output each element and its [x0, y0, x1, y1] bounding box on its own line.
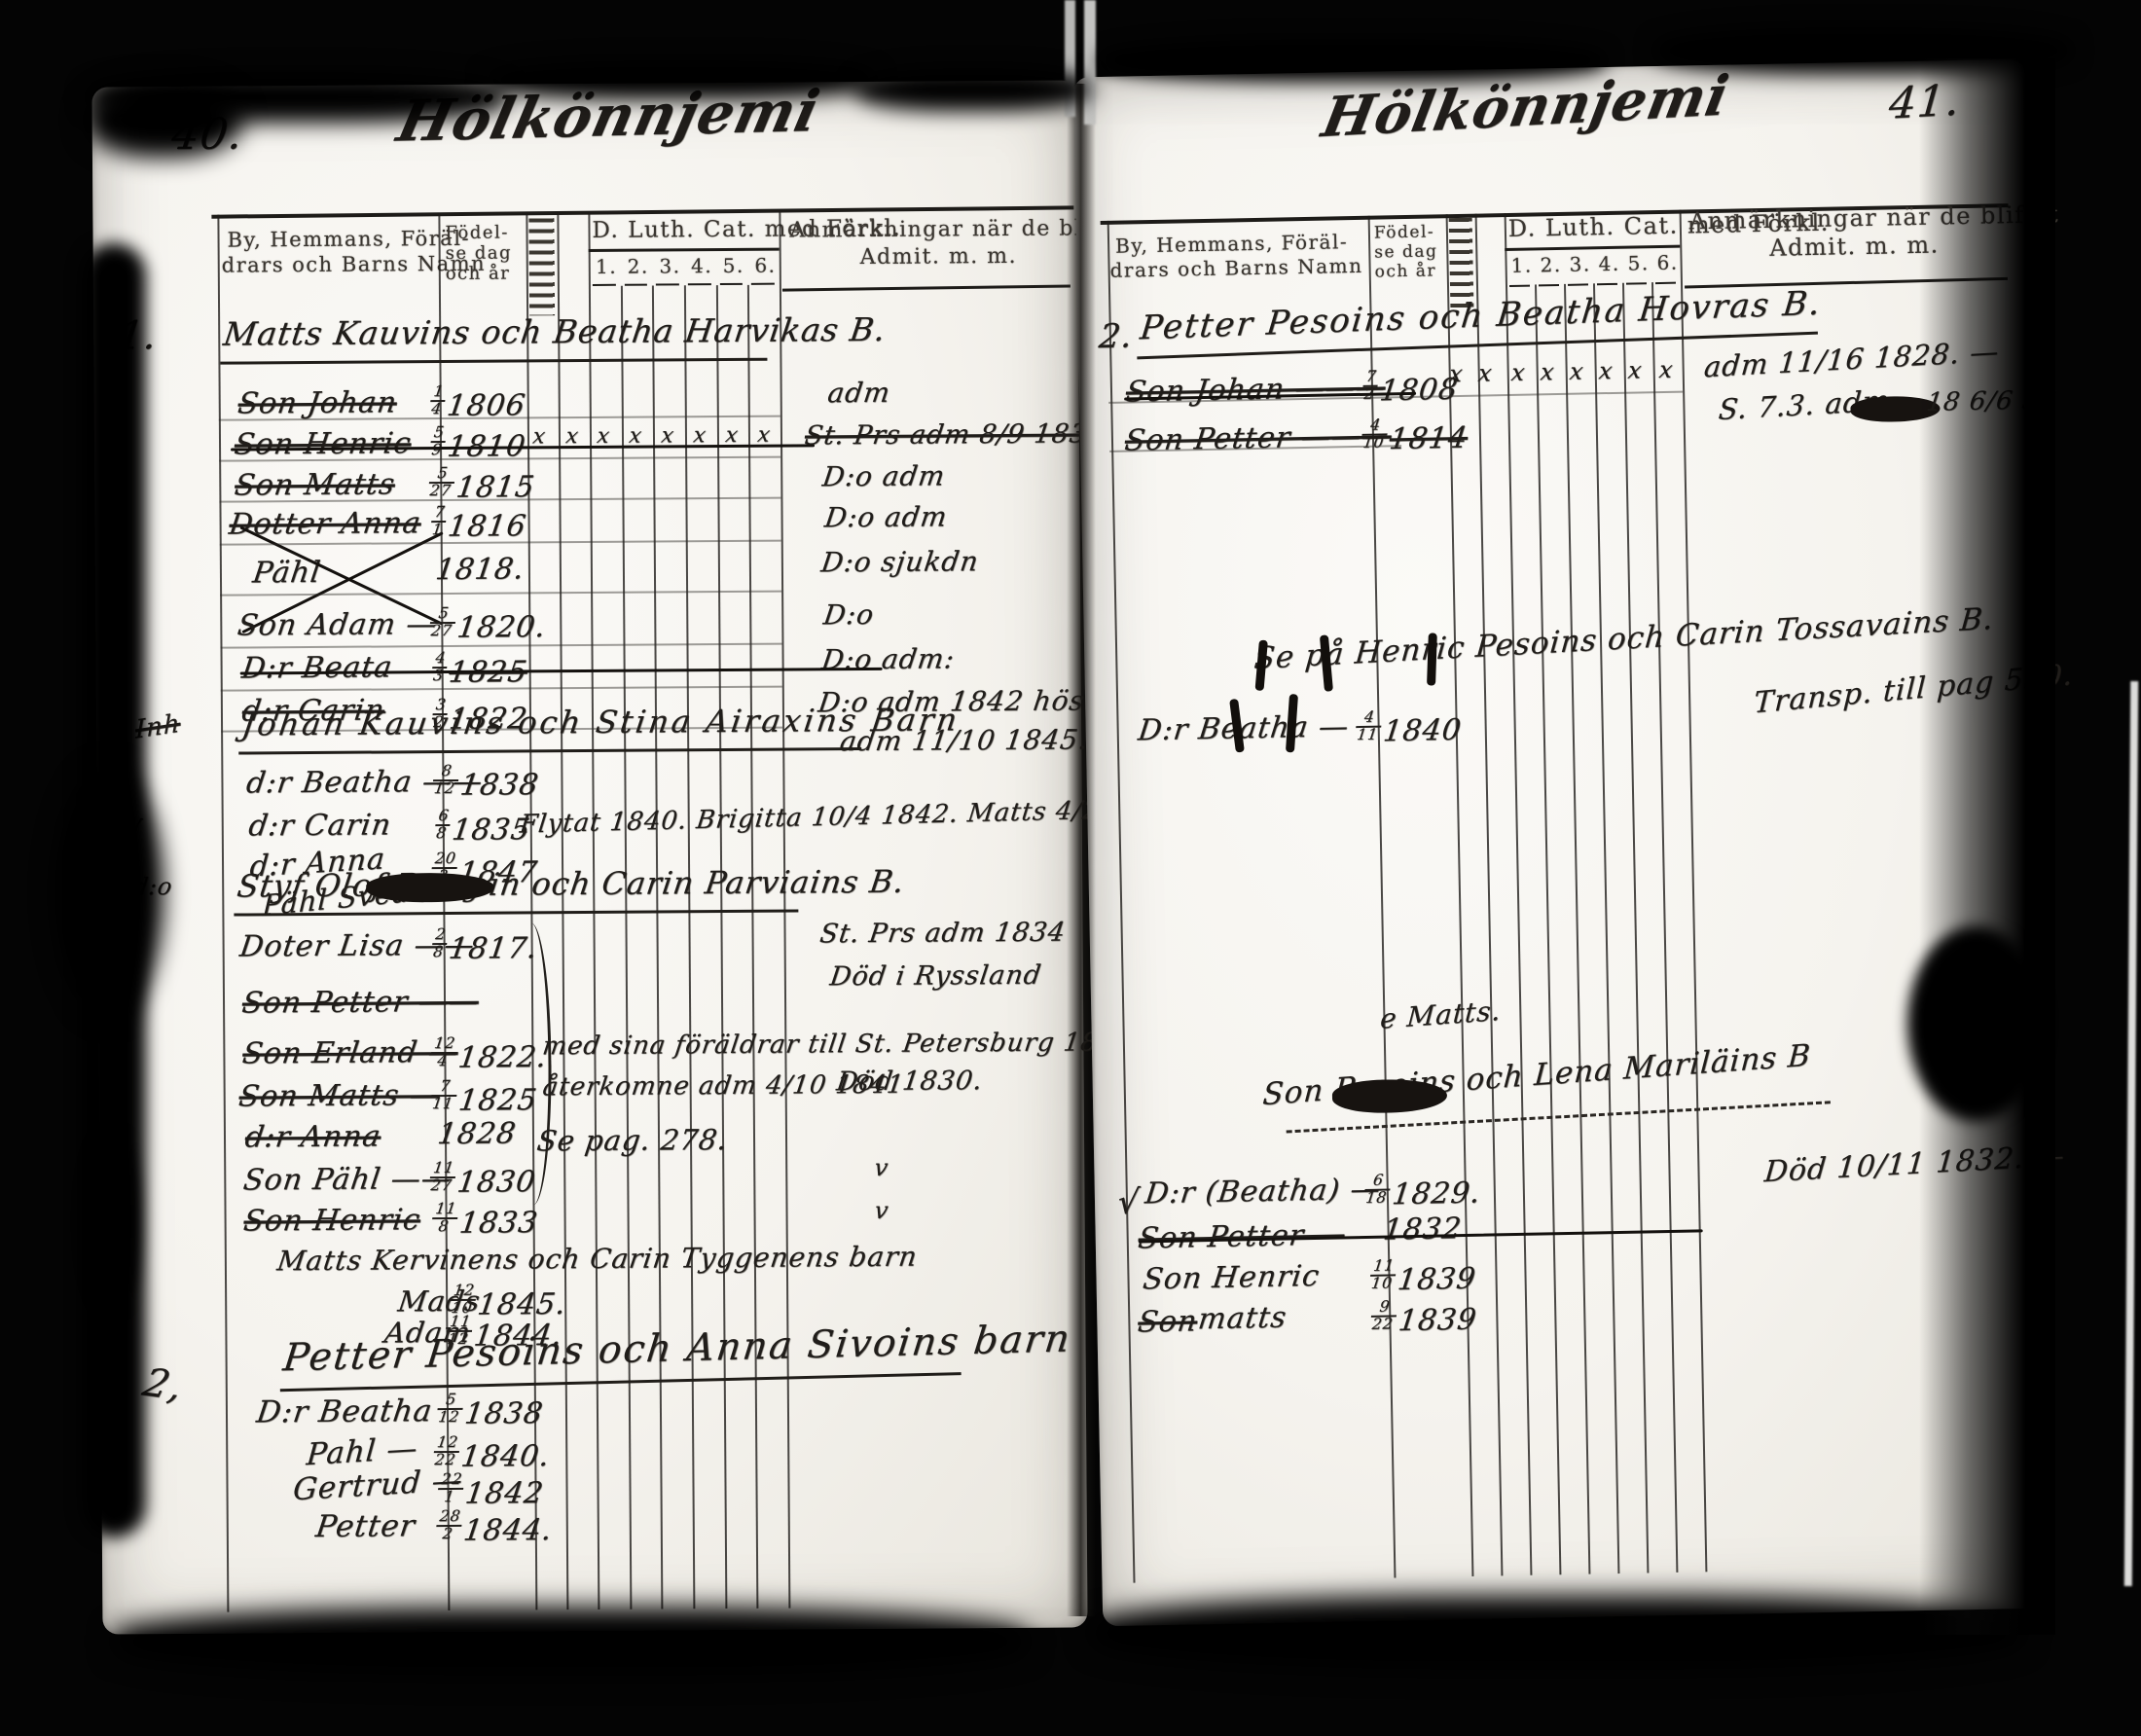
remark-note: adm [826, 380, 892, 407]
birth-date: 711816 [428, 504, 528, 541]
birth-date: 9221839 [1368, 1298, 1479, 1337]
person-name: Son Henric [241, 1206, 421, 1236]
catechism-col-number: 2. [628, 257, 649, 276]
grid-line [684, 285, 695, 1609]
column-header-birth: Födel- [445, 225, 508, 242]
birth-date: 4101814 [1360, 416, 1470, 455]
column-header-birth: se dag [446, 245, 513, 263]
person-name: d:r Anna [243, 1122, 382, 1152]
birth-date: 5271815 [426, 465, 537, 503]
date-fraction: 1110 [1368, 1258, 1397, 1291]
remark-note: St. Prs adm 8/9 1834 [803, 420, 1107, 449]
person-name: Petter [314, 1511, 417, 1542]
remark-note: St. Prs adm 1834 [818, 920, 1068, 948]
person-name: Son Pähl —— [241, 1165, 454, 1196]
scan-edge-blob [1907, 926, 2044, 1121]
catechism-col-number: 5. [1627, 253, 1649, 272]
birth-date: 1832 [1382, 1214, 1464, 1246]
remark-note: e Matts. [1379, 997, 1502, 1033]
x-mark: x [1658, 358, 1675, 381]
v-mark: v [873, 1156, 890, 1179]
scan-edge-blob [1100, 39, 1606, 82]
date-fraction: 527 [428, 606, 457, 639]
date-fraction: 118 [430, 1202, 459, 1235]
catechism-col-number: 1. [1510, 256, 1532, 275]
birth-date: 5271820. [427, 605, 549, 643]
scan-stage: 40. Hölkönnjemi By, Hemmans, Föräl-drars… [0, 0, 2141, 1736]
date-fraction: 527 [427, 466, 456, 499]
column-header-names: drars och Barns Namn [1109, 256, 1362, 280]
catechism-col-dash [593, 284, 616, 286]
birth-date: 681835 [433, 808, 533, 845]
person-name: Son Petter —— [240, 988, 481, 1019]
birth-date: 591810 [428, 424, 528, 461]
x-mark: x [564, 426, 580, 448]
grid-line [1475, 214, 1504, 1576]
person-name: Son [1136, 1307, 1199, 1337]
date-fraction: 14 [428, 384, 447, 417]
grid-line [1680, 210, 1708, 1573]
catechism-col-number: 3. [1569, 254, 1590, 273]
catechism-col-number: 1. [596, 257, 617, 276]
catechism-rule [589, 248, 780, 252]
remark-note: D:o adm [823, 503, 950, 531]
date-fraction: 812 [431, 764, 460, 797]
x-mark: x [1477, 361, 1494, 384]
birth-date: 11101839 [1368, 1257, 1479, 1296]
date-fraction: 411 [1354, 710, 1383, 743]
catechism-col-dash [751, 283, 775, 285]
grid-line [1535, 284, 1561, 1574]
column-header-birth: se dag [1374, 243, 1437, 261]
date-fraction: 618 [1362, 1173, 1392, 1206]
person-name: Son Erland — [240, 1038, 459, 1069]
check-mark: √ [1116, 1185, 1143, 1219]
remark-note: D:o sjukdn [819, 548, 980, 576]
remarks-rule [782, 284, 1070, 291]
birth-date: 2211842 [435, 1471, 546, 1509]
date-fraction: 124 [429, 1036, 458, 1069]
catechism-col-dash [656, 283, 679, 285]
birth-date: 1818. [434, 555, 526, 585]
x-mark: x [660, 425, 675, 447]
remark-note: Död 1830. [835, 1067, 985, 1095]
remark-note: med sina föräldrar till St. Petersburg 1… [541, 1030, 1134, 1059]
remark-note: Död i Ryssland [828, 962, 1043, 991]
birth-date: 7111825 [429, 1078, 540, 1116]
scan-edge-blob [113, 1608, 1028, 1676]
birth-date: 2821844. [434, 1508, 556, 1546]
x-mark: x [628, 426, 643, 448]
catechism-col-dash [1597, 283, 1617, 285]
birth-date: 11271830 [427, 1160, 538, 1198]
birth-date: 1181833 [429, 1201, 540, 1239]
birth-date: 141806 [428, 383, 528, 420]
scan-edge-blob [487, 60, 876, 99]
catechism-col-number: 4. [1598, 254, 1619, 273]
right-page: 41. Hölkönnjemi By, Hemmans, Föräl-drars… [1073, 59, 2054, 1626]
x-mark: x [1448, 362, 1465, 385]
birth-date: 5121838 [435, 1392, 546, 1429]
person-name: D:r Beatha [255, 1396, 435, 1428]
catechism-col-dash [1655, 282, 1676, 284]
grid-line [1505, 213, 1533, 1575]
grid-line [1651, 282, 1678, 1573]
v-mark: v [873, 1199, 890, 1222]
column-header-birth: och år [446, 266, 511, 283]
scan-edge-band [1919, 58, 2055, 1635]
catechism-col-number: 5. [723, 256, 744, 275]
birth-date: 1828 [436, 1120, 518, 1150]
column-header-birth: och år [1375, 263, 1437, 280]
grid-line [621, 286, 632, 1609]
grid-line [747, 285, 758, 1609]
family-heading: Matts Kervinens och Carin Tyggenens barn [275, 1244, 919, 1276]
date-fraction: 711 [429, 1079, 458, 1112]
scan-edge-blob [1090, 1596, 2024, 1670]
catechism-col-dash [1568, 283, 1588, 285]
person-name: Son Henric [233, 429, 413, 459]
catechism-col-number: 6. [754, 256, 776, 275]
birth-date: 721808 [1361, 368, 1461, 407]
date-fraction: 43 [430, 651, 449, 684]
book-gutter-shadow [1067, 84, 1096, 1616]
ink-blot [1332, 1078, 1448, 1113]
person-name: D:r Beatha — [1137, 712, 1351, 745]
catechism-col-number: 2. [1540, 255, 1561, 274]
page-edge-sliver [2124, 681, 2138, 1586]
person-name: D:r (Beatha) — [1143, 1175, 1383, 1210]
column-header-names: By, Hemmans, Föräl- [227, 229, 470, 251]
catechism-rule [1505, 245, 1680, 251]
column-header-birth: Födel- [1374, 224, 1435, 241]
left-page: 40. Hölkönnjemi By, Hemmans, Föräl-drars… [91, 80, 1087, 1634]
grid-line [652, 286, 663, 1609]
x-mark: x [756, 425, 772, 447]
x-mark: x [724, 425, 740, 447]
family-heading: Matts Kauvins och Beatha Harvikas B. [222, 313, 889, 350]
catechism-col-number: 4. [691, 256, 712, 275]
birth-date: 8121838 [430, 763, 541, 801]
x-mark: x [596, 426, 611, 448]
date-fraction: 1210 [449, 1284, 478, 1317]
row-guide-line [220, 591, 781, 597]
catechism-col-dash [1626, 282, 1647, 284]
date-fraction: 221 [436, 1472, 465, 1505]
date-fraction: 28 [430, 927, 449, 960]
catechism-col-dash [720, 283, 744, 285]
birth-date: 4111840 [1354, 708, 1465, 747]
x-mark: x [531, 426, 547, 448]
person-name: Son Johan [236, 388, 399, 418]
narrow-column-dashes [528, 218, 555, 315]
date-fraction: 1127 [428, 1161, 457, 1194]
grid-line [217, 215, 229, 1612]
date-fraction: 68 [433, 809, 452, 842]
x-mark: x [692, 425, 708, 447]
catechism-col-dash [625, 284, 648, 286]
x-mark: x [1540, 360, 1556, 383]
scan-edge-blob [856, 68, 1090, 111]
catechism-col-dash [1539, 284, 1559, 286]
person-name: D:r Beata [240, 653, 395, 683]
person-name: d:r Carin [247, 811, 393, 841]
margin-mark: 2. [1097, 319, 1135, 353]
x-mark: x [1598, 359, 1615, 382]
column-header-names: By, Hemmans, Föräl- [1115, 232, 1348, 256]
ink-stroke [1427, 633, 1437, 685]
scan-edge-blob [86, 82, 241, 158]
birth-date: 6181829. [1362, 1172, 1483, 1211]
margin-mark: 2, [139, 1363, 189, 1406]
date-fraction: 59 [428, 425, 447, 458]
film-edge-bar [1084, 0, 1096, 125]
scan-edge-blob [90, 1139, 136, 1304]
catechism-col-dash [688, 283, 711, 285]
x-mark: x [1627, 358, 1644, 381]
catechism-col-number: 3. [659, 256, 680, 275]
grid-line [1593, 283, 1619, 1573]
person-name: Son Henric [1142, 1262, 1322, 1295]
remark-note: D:o adm [820, 462, 947, 490]
family-heading: Styf Olof Pessoin och Carin Parviains B. [236, 866, 907, 902]
heading-underline [238, 747, 861, 754]
grid-line [1622, 283, 1649, 1573]
family-heading: Se på Henric Pesoins och Carin Tossavain… [1252, 604, 1995, 674]
grid-line [1564, 284, 1590, 1574]
remark-note: Se pag. 278. [535, 1126, 730, 1155]
date-fraction: 282 [434, 1509, 463, 1542]
x-mark: x [1510, 361, 1527, 384]
catechism-col-number: 6. [1656, 253, 1678, 272]
remark-note: D:o [821, 601, 875, 629]
column-header-remarks: Admit. m. m. [860, 246, 1018, 269]
person-name: Son Adam — [236, 610, 438, 640]
family-heading: Johan Kauvins och Stina Airaxins Barn [240, 704, 962, 740]
date-fraction: 922 [1369, 1299, 1398, 1332]
person-name: Son Matts [233, 470, 397, 500]
scan-edge-blob [54, 767, 163, 1018]
x-mark: x [1569, 359, 1585, 382]
person-name: Son Matts — [237, 1081, 442, 1111]
person-name: matts [1196, 1304, 1288, 1335]
column-header-remarks: Admit. m. m. [1769, 233, 1940, 259]
grid-line [716, 285, 727, 1609]
catechism-col-dash [1509, 285, 1530, 287]
birth-date: 1241822. [428, 1035, 550, 1073]
date-fraction: 512 [435, 1392, 464, 1426]
